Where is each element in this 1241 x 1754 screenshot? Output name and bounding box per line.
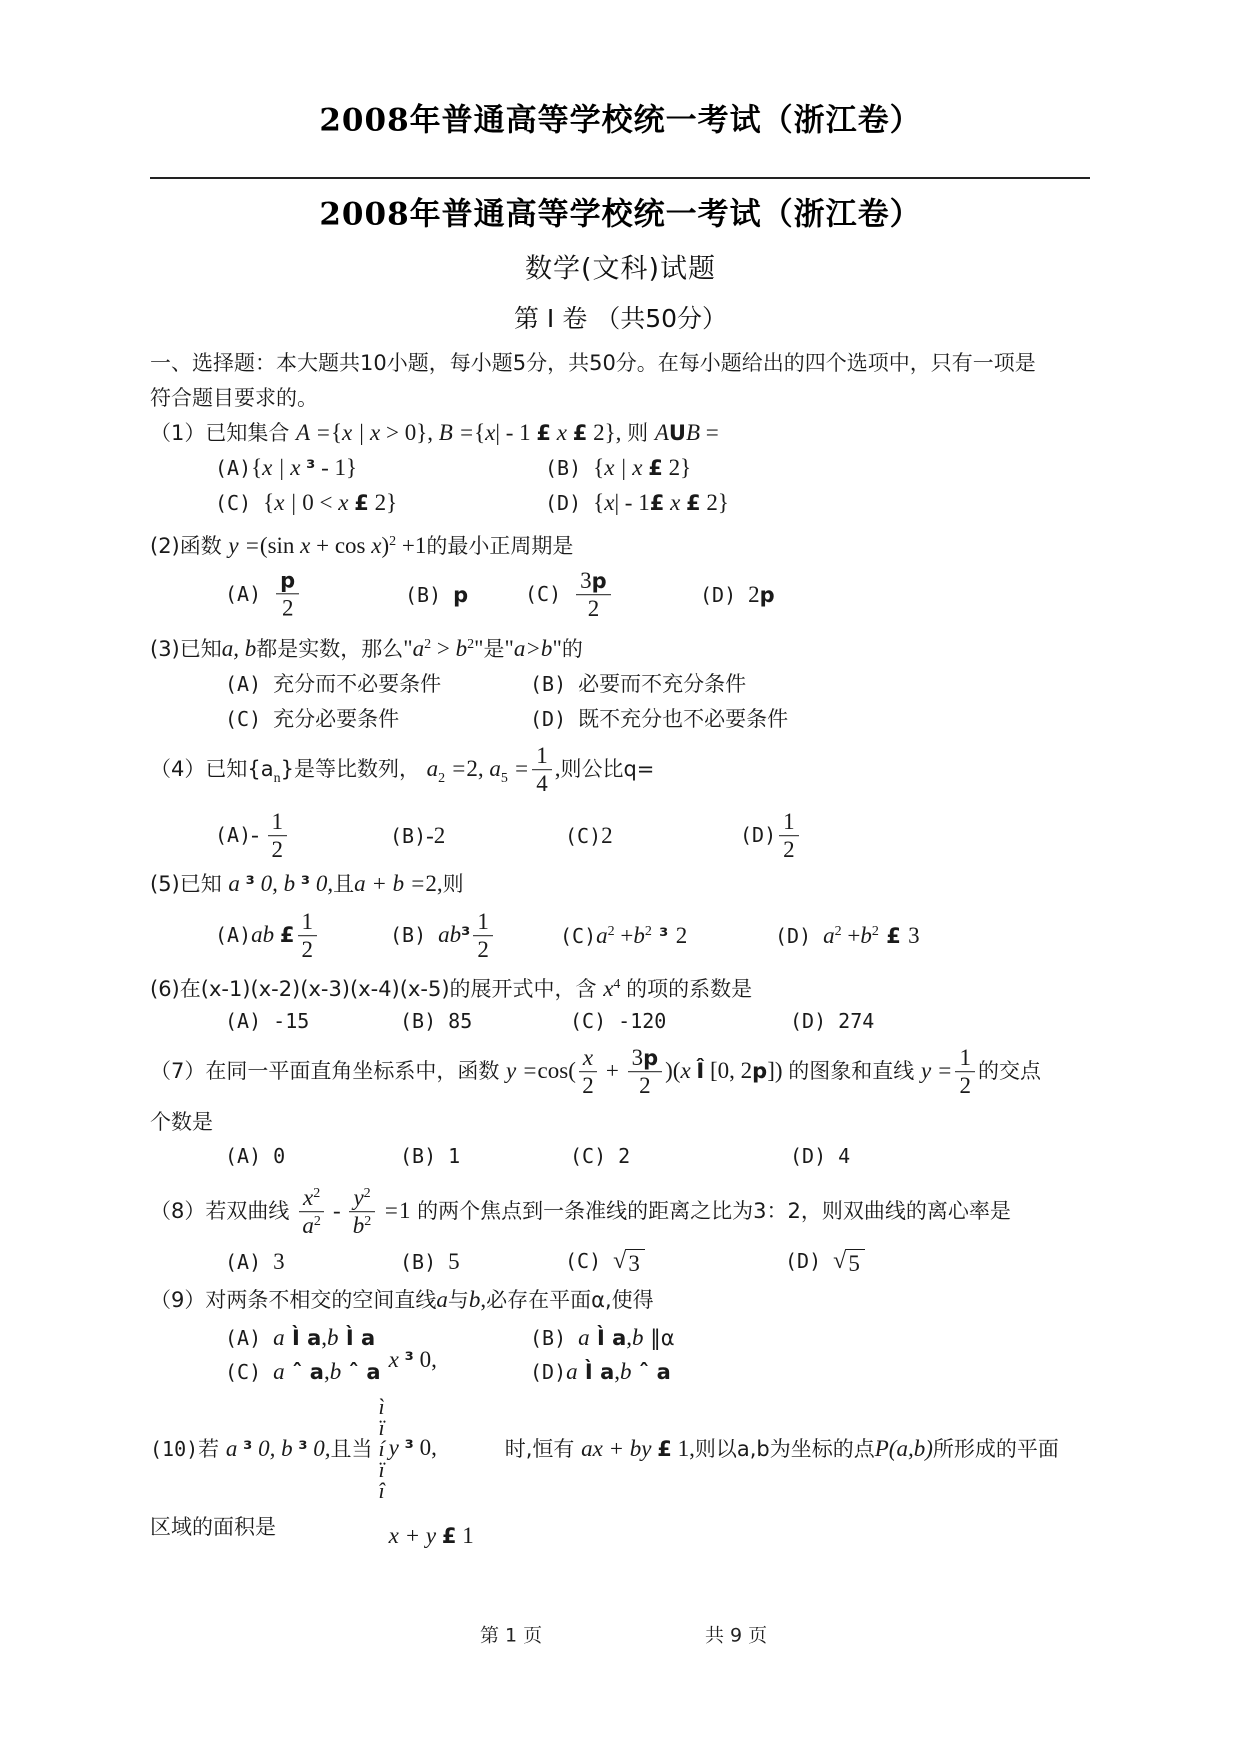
question-2-option-b: (B) p [405,583,468,607]
question-1-option-d: (D) {x| - 1£ x £ 2} [545,490,729,516]
question-1-option-b: (B) {x | x £ 2} [545,455,691,481]
question-6-option-c: (C) -120 [570,1009,666,1033]
question-6-option-b: (B) 85 [400,1009,472,1033]
question-5-option-a: (A)ab £12 [215,909,320,963]
exam-page: 2008年普通高等学校统一考试（浙江卷） 2008年普通高等学校统一考试（浙江卷… [0,0,1241,1754]
section-heading: 第 I 卷 （共50分） [0,299,1241,335]
question-10-system: ìïíïî x ³ 0, y ³ 0, x + y £ 1 [379,1292,474,1604]
question-8-option-b: (B) 5 [400,1249,460,1275]
system-equation-3: x + y £ 1 [389,1516,474,1556]
question-7-option-a: (A) 0 [225,1144,285,1168]
question-7-option-d: (D) 4 [790,1144,850,1168]
question-7-option-c: (C) 2 [570,1144,630,1168]
doc-subtitle: 数学(文科)试题 [0,247,1241,286]
page-title-top: 2008年普通高等学校统一考试（浙江卷） [0,95,1241,140]
question-2-option-d: (D) 2p [700,582,775,608]
question-8-stem: （8）若双曲线 x2a2 - y2b2 =1 的两个焦点到一条准线的距离之比为3… [150,1185,1011,1239]
question-3-stem: (3)已知a, b都是实数，那么"a2 > b2"是"a>b"的 [150,633,583,663]
question-10-stem-line3: 区域的面积是 [150,1511,276,1541]
question-1-stem: （1）已知集合 A ={x | x > 0}, B ={x| - 1 £ x £… [150,417,719,447]
system-equation-2: y ³ 0, [389,1428,474,1468]
question-5-option-c: (C)a2 +b2 ³ 2 [560,923,687,949]
question-1-option-c: (C) {x | 0 < x £ 2} [215,490,397,516]
question-5-stem: (5)已知 a ³ 0, b ³ 0,且a + b =2,则 [150,868,464,898]
question-2-option-c: (C) 3p2 [525,568,614,622]
page-title: 2008年普通高等学校统一考试（浙江卷） [0,189,1241,234]
question-6-stem: (6)在(x-1)(x-2)(x-3)(x-4)(x-5)的展开式中，含 x4 … [150,973,752,1003]
question-10-stem: (10)若 a ³ 0, b ³ 0,且当 ìïíïî x ³ 0, y ³ 0… [150,1292,1059,1604]
footer-page-number: 第 1 页 [480,1621,542,1648]
question-7-stem-line2: 个数是 [150,1106,213,1136]
question-10-stem-right: 时,恒有 ax + by £ 1,则以a,b为坐标的点P(a,b)所形成的平面 [484,1433,1059,1463]
intro-line-2: 符合题目要求的。 [150,382,318,412]
question-7-stem: （7）在同一平面直角坐标系中，函数 y =cos(x2 + 3p2)(x Î [… [150,1045,1041,1099]
question-6-option-a: (A) -15 [225,1009,309,1033]
question-2-option-a: (A) p2 [225,569,302,620]
header-divider [150,177,1090,179]
question-4-stem: （4）已知{an}是等比数列， a2 =2, a5 =14,则公比q= [150,743,654,797]
question-3-option-b: (B) 必要而不充分条件 [530,668,746,698]
system-equation-1: x ³ 0, [389,1340,474,1380]
system-equations: x ³ 0, y ³ 0, x + y £ 1 [389,1292,474,1604]
question-3-option-a: (A) 充分而不必要条件 [225,668,441,698]
question-7-option-b: (B) 1 [400,1144,460,1168]
question-3-option-c: (C) 充分必要条件 [225,703,399,733]
question-4-option-d: (D)12 [740,809,802,863]
question-5-option-d: (D) a2 +b2 £ 3 [775,923,920,949]
question-4-option-c: (C)2 [565,823,613,849]
question-8-option-a: (A) 3 [225,1249,285,1275]
question-6-option-d: (D) 274 [790,1009,874,1033]
question-10-stem-left: (10)若 a ³ 0, b ³ 0,且当 [150,1433,373,1463]
system-brace: ìïíïî [379,1396,385,1501]
question-8-option-c: (C) √3 [565,1249,645,1275]
question-4-option-b: (B)-2 [390,823,445,849]
footer-page-total: 共 9 页 [705,1621,767,1648]
intro-line-1: 一、选择题：本大题共10小题，每小题5分，共50分。在每小题给出的四个选项中，只… [150,347,1036,377]
question-5-option-b: (B) ab³12 [390,909,496,963]
question-3-option-d: (D) 既不充分也不必要条件 [530,703,788,733]
question-1-option-a: (A){x | x ³ - 1} [215,455,357,481]
question-2-stem: (2)函数 y =(sin x + cos x)2 +1的最小正周期是 [150,530,573,560]
question-4-option-a: (A)- 12 [215,809,290,863]
question-8-option-d: (D) √5 [785,1249,865,1275]
